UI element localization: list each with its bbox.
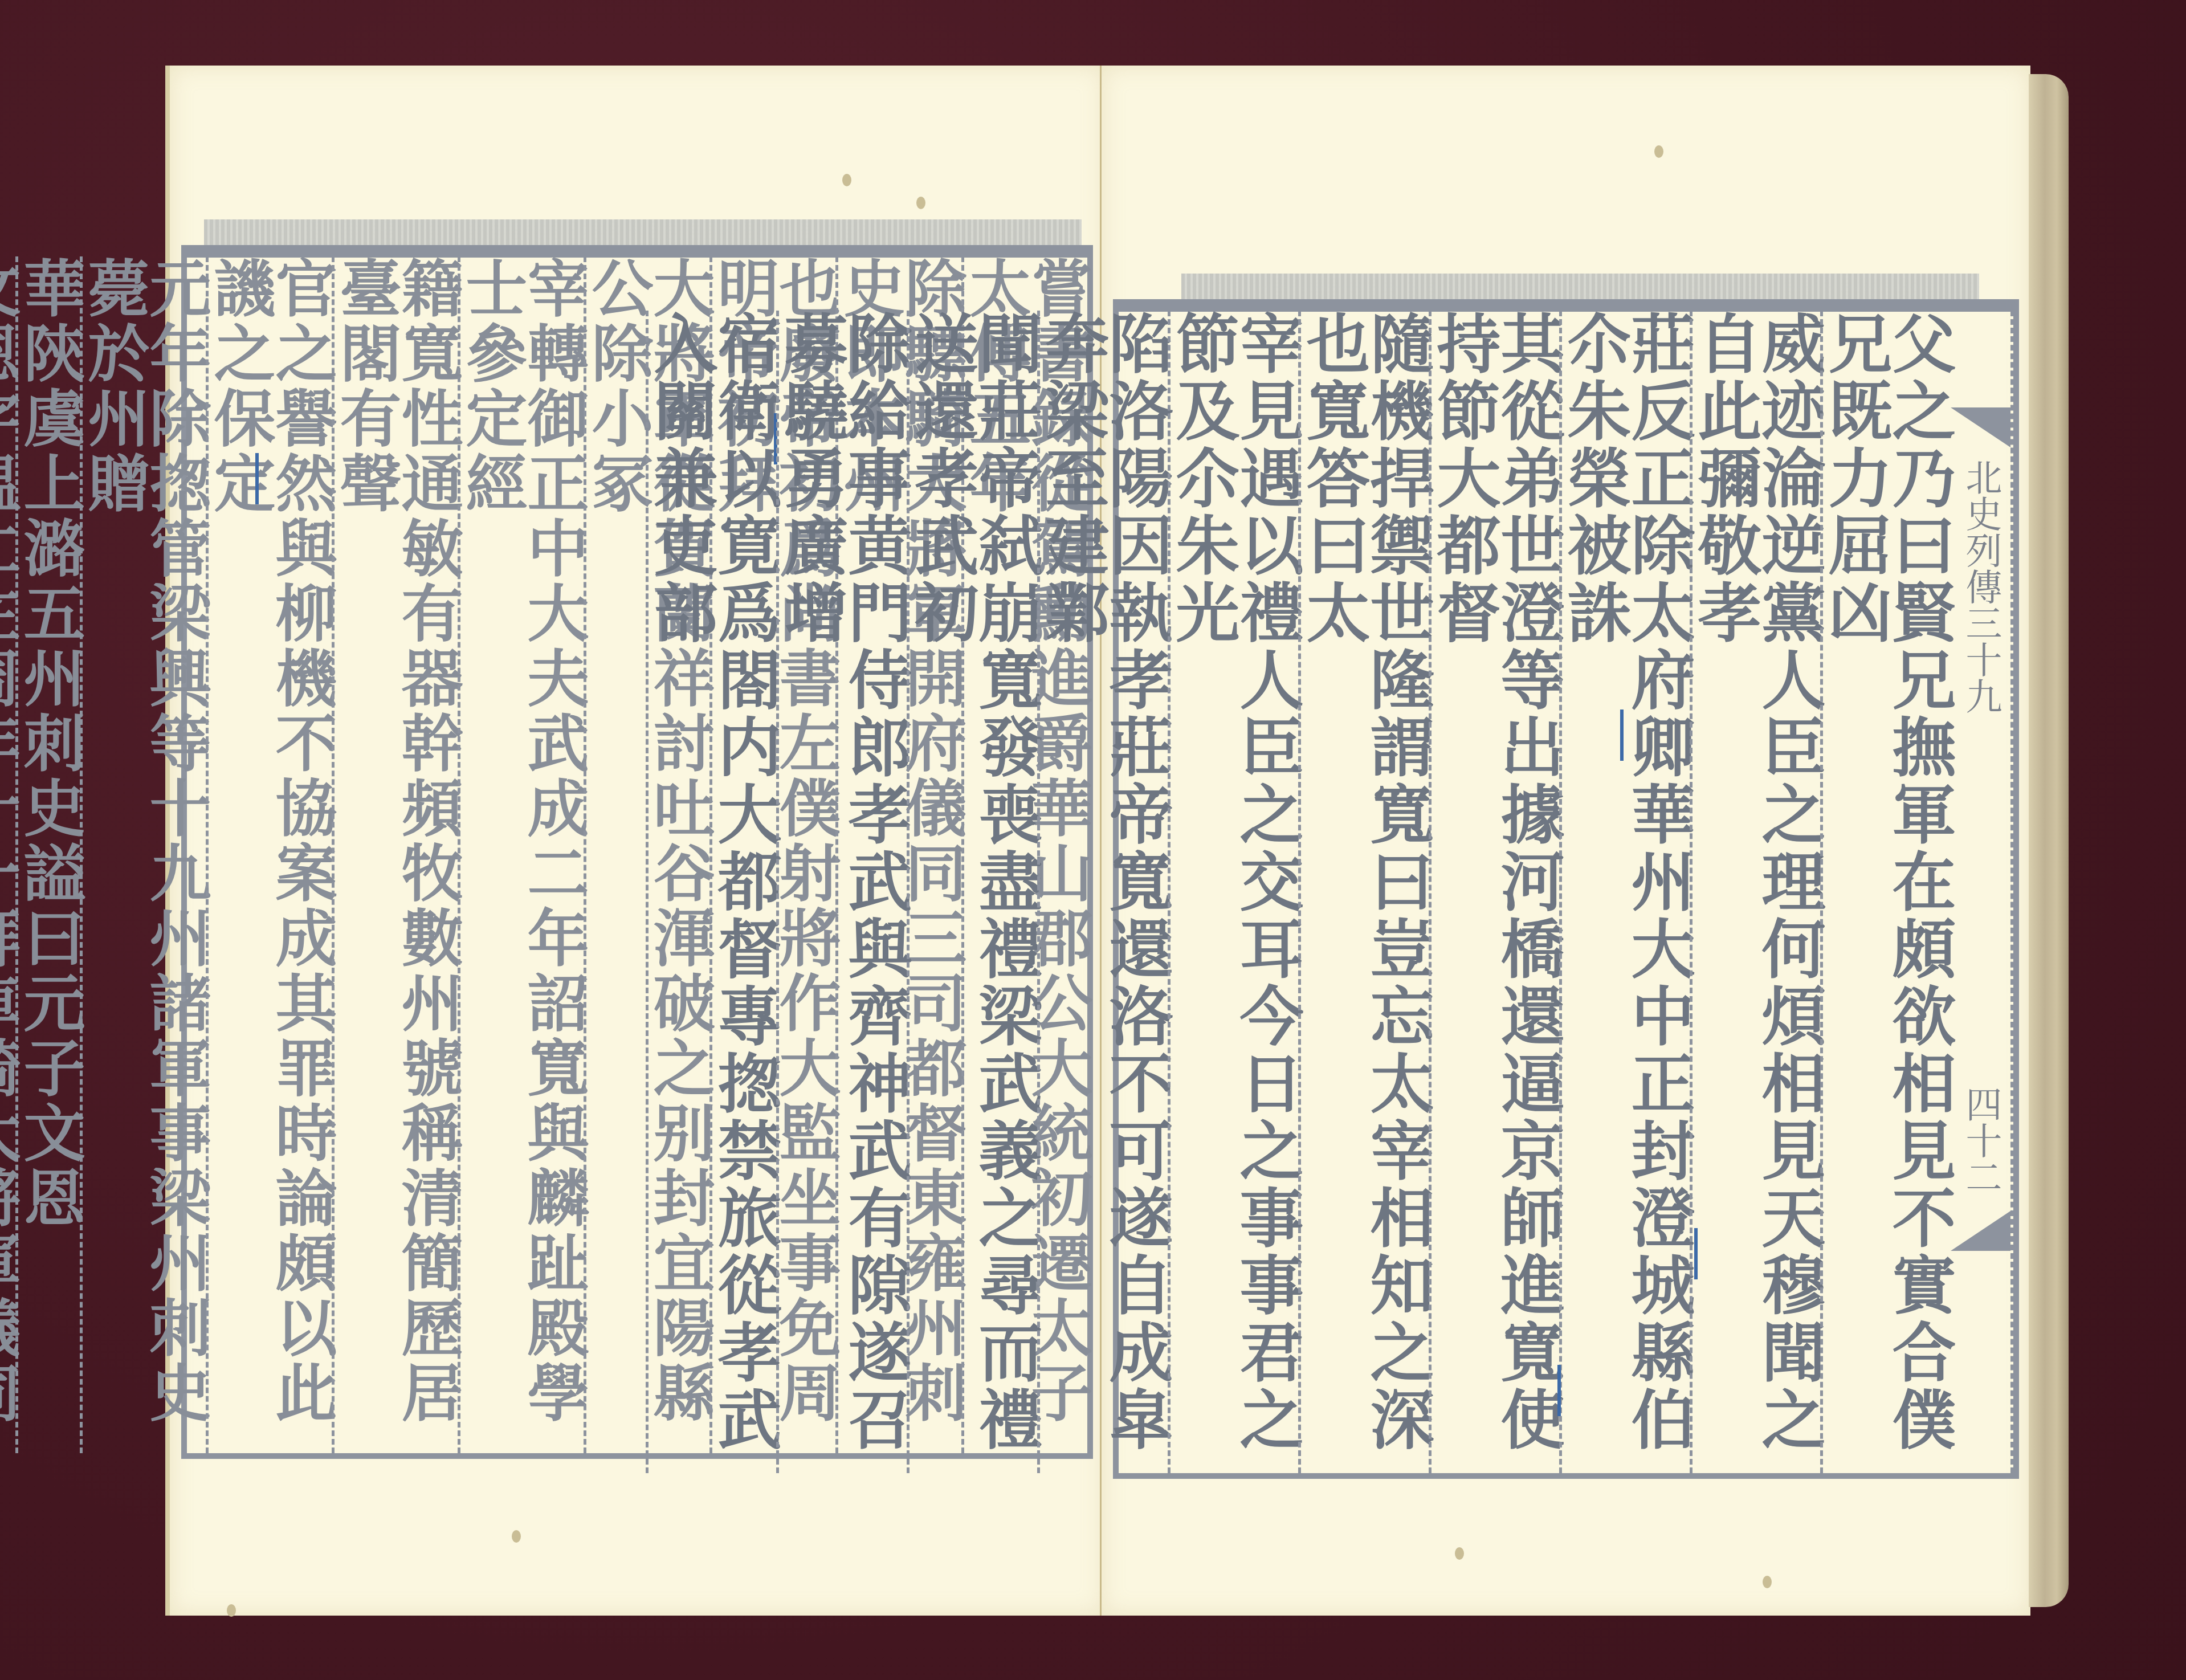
binding-hole <box>916 197 925 209</box>
text-column: 宰見遇以禮人臣之交耳今日之事事君之節及尒朱光 <box>1168 311 1298 1473</box>
text-columns: 北史列傳三十九 四十二 父之乃曰賢兄撫軍在頗欲相見不實合僕兄既力屈凶 威迹淪逆黨… <box>1119 311 2013 1473</box>
binding-hole <box>1763 1576 1772 1588</box>
text-column: 籍寬性通敏有器幹頻牧數州號稱清簡歷居臺閣有聲 <box>332 256 458 1453</box>
annotation-mark <box>255 453 259 504</box>
text-column: 隨機捍禦世隆謂寬曰豈忘太宰相知之深也寬答曰太 <box>1298 311 1429 1473</box>
column-text: 宿衛以寛爲閤内大都督專揔禁旅從孝武入關兼吏部 <box>649 311 776 1473</box>
text-column: 聞莊帝弑崩寬發喪盡禮梁武義之尋而禮送還孝武初 <box>907 311 1037 1473</box>
text-column: 陷洛陽因執孝莊帝寬還洛不可遂自成皐奔梁至建鄴 <box>1037 311 1168 1473</box>
annotation-mark <box>1557 1365 1561 1416</box>
column-text: 莊反正除太府卿華州大中正封澄城縣伯尒朱榮被誅 <box>1562 311 1690 1473</box>
book-spread: 嘗書録從駕勳進爵華山郡公大統初遷太子太傅五年 除驃騎大將軍開府儀同三司都督東雍州… <box>0 0 2186 1680</box>
binding-hole <box>512 1530 521 1543</box>
text-column: 莊反正除太府卿華州大中正封澄城縣伯尒朱榮被誅 <box>1559 311 1690 1473</box>
binding-hole <box>227 1604 236 1617</box>
fish-tail-mark-icon <box>1951 407 2010 447</box>
column-text: 華陝虞上潞五州刺史謚曰元子文恩 <box>18 256 80 1453</box>
binding-hole <box>1455 1547 1464 1560</box>
text-column: 威迹淪逆黨人臣之理何煩相見天穆聞之自此彌敬孝 <box>1690 311 1820 1473</box>
annotation-mark <box>1620 709 1624 761</box>
column-text: 威迹淪逆黨人臣之理何煩相見天穆聞之自此彌敬孝 <box>1692 311 1820 1473</box>
annotation-mark <box>1694 1228 1698 1279</box>
banxin-page-number: 四十二 <box>1955 1086 2007 1195</box>
column-text: 元年除揔管梁興等十九州諸軍事梁州刺史薨於州贈 <box>83 256 206 1453</box>
text-column: 父之乃曰賢兄撫軍在頗欲相見不實合僕兄既力屈凶 <box>1820 311 1951 1473</box>
column-text: 宰見遇以禮人臣之交耳今日之事事君之節及尒朱光 <box>1171 311 1298 1473</box>
binding-hole <box>842 174 851 186</box>
column-text: 除給事黄門侍郎孝武與齊神武有隙遂召募驍勇廣增 <box>779 311 907 1473</box>
column-text: 籍寬性通敏有器幹頻牧數州號稱清簡歷居臺閣有聲 <box>335 256 458 1453</box>
text-column: 宰轉御正中大夫武成二年詔寬與麟趾殿學士參定經 <box>458 256 584 1453</box>
banxin-title: 北史列傳三十九 <box>1955 459 2007 714</box>
column-text: 隨機捍禦世隆謂寬曰豈忘太宰相知之深也寬答曰太 <box>1301 311 1429 1473</box>
right-page: 北史列傳三十九 四十二 父之乃曰賢兄撫軍在頗欲相見不實合僕兄既力屈凶 威迹淪逆黨… <box>1100 66 2030 1616</box>
center-fold-banxin: 北史列傳三十九 四十二 <box>1951 311 2013 1473</box>
column-text: 聞莊帝弑崩寬發喪盡禮梁武義之尋而禮送還孝武初 <box>910 311 1037 1473</box>
text-column: 宿衛以寛爲閤内大都督專揔禁旅從孝武入關兼吏部 <box>646 311 776 1473</box>
page-stack-edge <box>2029 74 2069 1607</box>
column-text: 其從弟世澄等出據河橋還逼京師進寬使持節大都督 <box>1431 311 1559 1473</box>
text-column: 其從弟世澄等出據河橋還逼京師進寬使持節大都督 <box>1429 311 1559 1473</box>
column-text: 宰轉御正中大夫武成二年詔寬與麟趾殿學士參定經 <box>460 256 584 1453</box>
column-text: 陷洛陽因執孝莊帝寬還洛不可遂自成皐奔梁至建鄴 <box>1040 311 1168 1473</box>
text-column: 華陝虞上潞五州刺史謚曰元子文恩 <box>15 256 80 1453</box>
text-column: 除給事黄門侍郎孝武與齊神武有隙遂召募驍勇廣增 <box>776 311 907 1473</box>
binding-hole <box>1654 145 1663 158</box>
fish-tail-mark-icon <box>1951 1211 2010 1251</box>
column-text: 父之乃曰賢兄撫軍在頗欲相見不實合僕兄既力屈凶 <box>1823 311 1951 1473</box>
text-column: 元年除揔管梁興等十九州諸軍事梁州刺史薨於州贈 <box>80 256 206 1453</box>
column-text: 官之譽然與柳機不協案成其罪時論頗以此譏之保定 <box>209 256 332 1453</box>
text-column: 官之譽然與柳機不協案成其罪時論頗以此譏之保定 <box>206 256 332 1453</box>
